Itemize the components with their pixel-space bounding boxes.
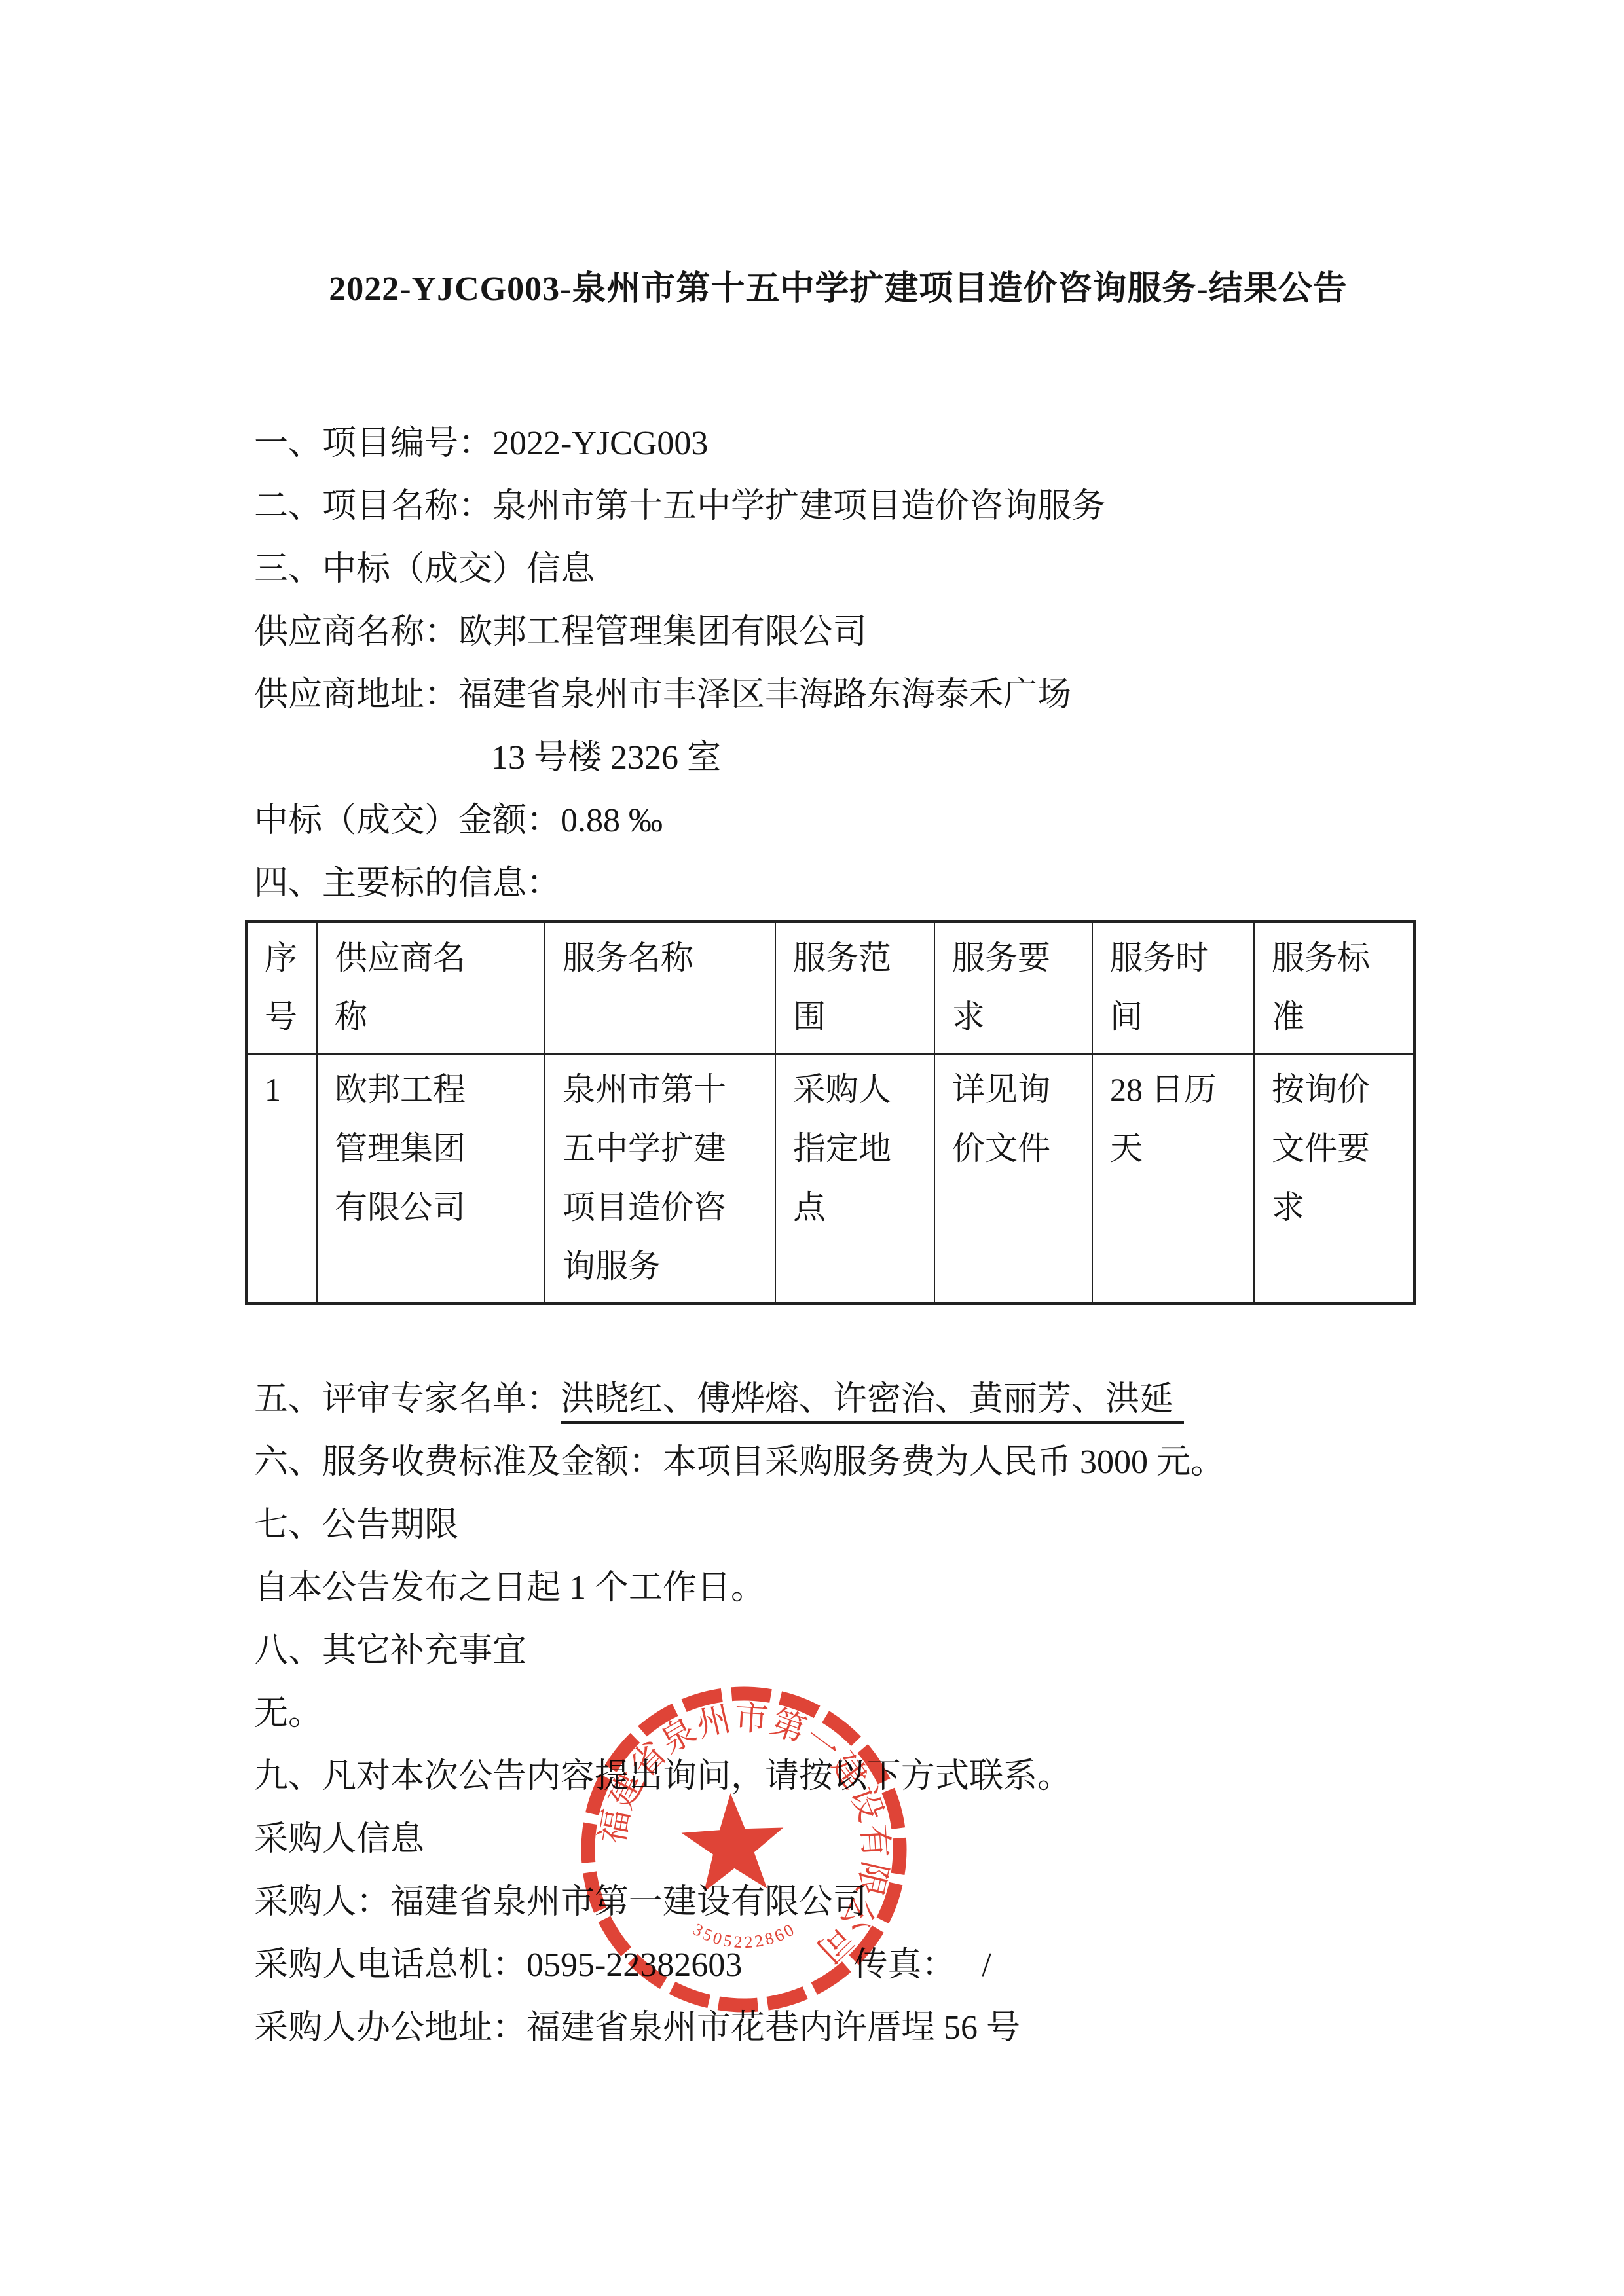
line-other-matters-heading: 八、其它补充事宜 xyxy=(254,1620,1413,1683)
cell-standard: 按询价 文件要 求 xyxy=(1254,1054,1414,1304)
col-header-service: 服务名称 xyxy=(545,922,775,1054)
buyer-phone-label: 采购人电话总机： xyxy=(254,1946,526,1984)
table-row: 1 欧邦工程 管理集团 有限公司 泉州市第十 五中学扩建 项目造价咨 询服务 采… xyxy=(246,1054,1414,1304)
line-subject-heading: 四、主要标的信息： xyxy=(254,852,1413,915)
cell-scope: 采购人 指定地 点 xyxy=(775,1054,934,1304)
line-award-info-heading: 三、中标（成交）信息 xyxy=(254,538,1413,601)
line-supplier-name: 供应商名称：欧邦工程管理集团有限公司 xyxy=(254,601,1413,664)
col-header-scope: 服务范 围 xyxy=(775,922,934,1054)
line-experts: 五、评审专家名单：洪晓红、傅烨熔、许密治、黄丽芳、洪延 xyxy=(254,1368,1413,1431)
line-supplier-address-continued: 13 号楼 2326 室 xyxy=(254,727,1413,790)
line-supplier-address: 供应商地址：福建省泉州市丰泽区丰海路东海泰禾广场 xyxy=(254,664,1413,727)
cell-duration: 28 日历 天 xyxy=(1092,1054,1254,1304)
line-notice-period-text: 自本公告发布之日起 1 个工作日。 xyxy=(254,1557,1413,1620)
line-award-amount: 中标（成交）金额：0.88 ‰ xyxy=(254,790,1413,852)
line-project-number: 一、项目编号：2022-YJCG003 xyxy=(254,412,1413,475)
main-bid-table: 序 号 供应商名 称 服务名称 服务范 围 服务要 求 服务时 间 服务标 准 … xyxy=(245,920,1416,1305)
svg-text:3505222860: 3505222860 xyxy=(689,1914,800,1954)
col-header-seq: 序 号 xyxy=(246,922,317,1054)
document-title: 2022-YJCG003-泉州市第十五中学扩建项目造价咨询服务-结果公告 xyxy=(215,261,1462,310)
seal-serial-text: 3505222860 xyxy=(689,1914,800,1954)
line-project-name: 二、项目名称：泉州市第十五中学扩建项目造价咨询服务 xyxy=(254,475,1413,538)
cell-requirement: 详见询 价文件 xyxy=(934,1054,1092,1304)
table-header-row: 序 号 供应商名 称 服务名称 服务范 围 服务要 求 服务时 间 服务标 准 xyxy=(246,922,1414,1054)
experts-names-underlined: 洪晓红、傅烨熔、许密治、黄丽芳、洪延 xyxy=(561,1381,1184,1424)
company-seal: 福建省泉州市第一建设有限公司 3505222860 xyxy=(572,1677,915,2021)
col-header-supplier: 供应商名 称 xyxy=(317,922,545,1054)
scanned-document-page: 2022-YJCG003-泉州市第十五中学扩建项目造价咨询服务-结果公告 一、项… xyxy=(0,0,1624,2296)
col-header-standard: 服务标 准 xyxy=(1254,922,1414,1054)
star-icon xyxy=(680,1791,787,1893)
cell-supplier: 欧邦工程 管理集团 有限公司 xyxy=(317,1054,545,1304)
fax-value: / xyxy=(982,1946,991,1984)
line-notice-period-heading: 七、公告期限 xyxy=(254,1494,1413,1557)
cell-service: 泉州市第十 五中学扩建 项目造价咨 询服务 xyxy=(545,1054,775,1304)
col-header-requirement: 服务要 求 xyxy=(934,922,1092,1054)
line-service-fee: 六、服务收费标准及金额：本项目采购服务费为人民币 3000 元。 xyxy=(254,1431,1413,1494)
col-header-duration: 服务时 间 xyxy=(1092,922,1254,1054)
cell-seq: 1 xyxy=(246,1054,317,1304)
experts-label: 五、评审专家名单： xyxy=(254,1381,561,1418)
